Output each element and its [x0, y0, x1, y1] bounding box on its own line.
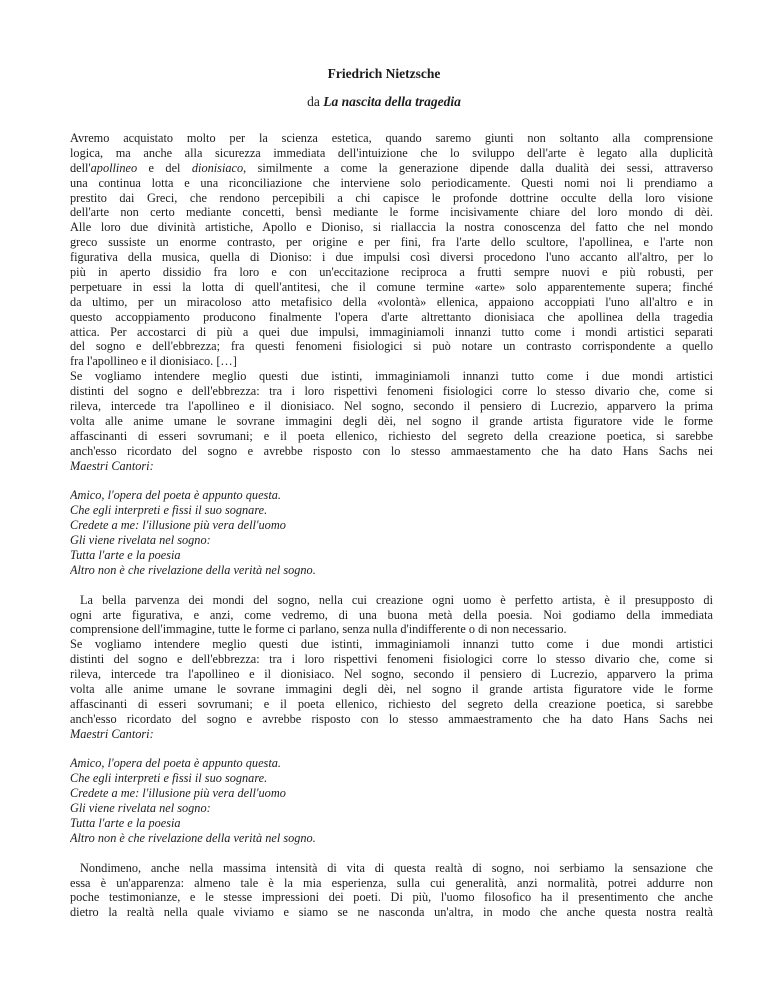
text-line: Maestri Cantori:	[70, 459, 713, 474]
text-line: Altro non è che rivelazione della verità…	[70, 563, 713, 578]
text-segment: perpetuare in essi la lotta di quell'ant…	[70, 280, 713, 294]
text-line: 10dell'arte non certo mediante concetti,…	[70, 205, 713, 220]
text-line: logica, ma anche alla sicurezza immediat…	[70, 146, 713, 161]
text-segment: rileva, intercede tra l'apollineo e il d…	[70, 399, 713, 413]
subtitle-prefix: da	[307, 94, 323, 109]
text-segment: dietro la realtà nella quale viviamo e s…	[70, 905, 713, 919]
text-segment: e del	[137, 161, 192, 175]
italic-text-segment: Altro non è che rivelazione della verità…	[70, 831, 316, 845]
text-line: Che egli interpreti e fissi il suo sogna…	[70, 771, 713, 786]
text-segment: Alle loro due divinità artistiche, Apoll…	[70, 220, 713, 234]
text-segment: La bella parvenza dei mondi del sogno, n…	[80, 593, 713, 607]
text-segment: greco sussiste un enorme contrasto, per …	[70, 235, 713, 249]
text-segment: fra l'apollineo e il dionisiaco. […]	[70, 354, 237, 368]
text-line: affascinanti di esseri sovrumani; e il p…	[70, 697, 713, 712]
text-line: volta alle anime umane le sovrane immagi…	[70, 682, 713, 697]
text-segment: Se vogliamo intendere meglio questi due …	[70, 369, 713, 383]
italic-text-segment: Amico, l'opera del poeta è appunto quest…	[70, 488, 281, 502]
blank-line: 35	[70, 578, 713, 593]
text-segment: affascinanti di esseri sovrumani; e il p…	[70, 429, 713, 443]
italic-text-segment: Che egli interpreti e fissi il suo sogna…	[70, 771, 267, 785]
text-segment: volta alle anime umane le sovrane immagi…	[70, 682, 713, 696]
italic-text-segment: Tutta l'arte e la poesia	[70, 548, 181, 562]
text-segment: essa è un'apparenza: almeno tale è la mi…	[70, 876, 713, 890]
italic-text-segment: apollineo	[91, 161, 137, 175]
text-segment: distinti del sogno e dell'ebbrezza: tra …	[70, 384, 713, 398]
text-line: rileva, intercede tra l'apollineo e il d…	[70, 399, 713, 414]
italic-text-segment: Amico, l'opera del poeta è appunto quest…	[70, 756, 281, 770]
text-line: Alle loro due divinità artistiche, Apoll…	[70, 220, 713, 235]
italic-text-segment: Maestri Cantori:	[70, 459, 154, 473]
text-segment: dell'arte non certo mediante concetti, b…	[70, 205, 713, 219]
subtitle-work-title: La nascita della tragedia	[323, 94, 461, 109]
blank-line	[70, 742, 713, 757]
text-segment: anch'esso ricordato del sogno e avrebbe …	[70, 712, 713, 726]
text-line: distinti del sogno e dell'ebbrezza: tra …	[70, 384, 713, 399]
text-line: rileva, intercede tra l'apollineo e il d…	[70, 667, 713, 682]
text-line: Amico, l'opera del poeta è appunto quest…	[70, 756, 713, 771]
text-line: prestito dai Greci, che rendono percepib…	[70, 191, 713, 206]
text-line: 45Maestri Cantori:	[70, 727, 713, 742]
text-line: del sogno e dell'ebbrezza; fra questi fe…	[70, 339, 713, 354]
text-line: Gli viene rivelata nel sogno:	[70, 533, 713, 548]
text-segment: ogni arte figurativa, e anzi, come vedre…	[70, 608, 713, 622]
text-segment: affascinanti di esseri sovrumani; e il p…	[70, 697, 713, 711]
text-line: ogni arte figurativa, e anzi, come vedre…	[70, 608, 713, 623]
text-segment: Se vogliamo intendere meglio questi due …	[70, 637, 713, 651]
text-line: da ultimo, per un miracoloso atto metafi…	[70, 295, 713, 310]
document-subtitle: da La nascita della tragedia	[0, 94, 768, 110]
text-line: 30Che egli interpreti e fissi il suo sog…	[70, 503, 713, 518]
text-line: anch'esso ricordato del sogno e avrebbe …	[70, 444, 713, 459]
text-line: Credete a me: l'illusione più vera dell'…	[70, 786, 713, 801]
text-segment: più in aperto dissidio fra loro e con un…	[70, 265, 713, 279]
text-segment: Nondimeno, anche nella massima intensità…	[80, 861, 713, 875]
text-segment: rileva, intercede tra l'apollineo e il d…	[70, 667, 713, 681]
text-segment: distinti del sogno e dell'ebbrezza: tra …	[70, 652, 713, 666]
text-line: 25affascinanti di esseri sovrumani; e il…	[70, 429, 713, 444]
text-line: volta alle anime umane le sovrane immagi…	[70, 414, 713, 429]
text-segment: da ultimo, per un miracoloso atto metafi…	[70, 295, 713, 309]
text-line: più in aperto dissidio fra loro e con un…	[70, 265, 713, 280]
blank-line	[70, 473, 713, 488]
italic-text-segment: Gli viene rivelata nel sogno:	[70, 801, 211, 815]
text-segment: anch'esso ricordato del sogno e avrebbe …	[70, 444, 713, 458]
text-line: anch'esso ricordato del sogno e avrebbe …	[70, 712, 713, 727]
text-line: 20fra l'apollineo e il dionisiaco. […]	[70, 354, 713, 369]
italic-text-segment: Che egli interpreti e fissi il suo sogna…	[70, 503, 267, 517]
text-line: La bella parvenza dei mondi del sogno, n…	[70, 593, 713, 608]
text-line: greco sussiste un enorme contrasto, per …	[70, 235, 713, 250]
text-line: Tutta l'arte e la poesia	[70, 816, 713, 831]
italic-text-segment: Credete a me: l'illusione più vera dell'…	[70, 518, 286, 532]
document-body: 5Avremo acquistato molto per la scienza …	[70, 131, 713, 920]
text-segment: una continua lotta e una riconciliazione…	[70, 176, 713, 190]
text-segment: volta alle anime umane le sovrane immagi…	[70, 414, 713, 428]
text-segment: logica, ma anche alla sicurezza immediat…	[70, 146, 713, 160]
italic-text-segment: Credete a me: l'illusione più vera dell'…	[70, 786, 286, 800]
text-line: 15perpetuare in essi la lotta di quell'a…	[70, 280, 713, 295]
text-line: 55essa è un'apparenza: almeno tale è la …	[70, 876, 713, 891]
text-line: poche testimonianze, e le stesse impress…	[70, 890, 713, 905]
text-segment: attica. Per accostarci di più a quei due…	[70, 325, 713, 339]
document-title: Friedrich Nietzsche	[0, 66, 768, 82]
text-segment: dell'	[70, 161, 91, 175]
text-line: Tutta l'arte e la poesia	[70, 548, 713, 563]
text-segment: comprensione dell'immagine, tutte le for…	[70, 622, 567, 636]
italic-text-segment: Gli viene rivelata nel sogno:	[70, 533, 211, 547]
text-line: attica. Per accostarci di più a quei due…	[70, 325, 713, 340]
text-line: una continua lotta e una riconciliazione…	[70, 176, 713, 191]
text-line: comprensione dell'immagine, tutte le for…	[70, 622, 713, 637]
italic-text-segment: Tutta l'arte e la poesia	[70, 816, 181, 830]
text-segment: questo accoppiamento producono finalment…	[70, 310, 713, 324]
text-line: 50Gli viene rivelata nel sogno:	[70, 801, 713, 816]
text-line: Amico, l'opera del poeta è appunto quest…	[70, 488, 713, 503]
text-segment: Avremo acquistato molto per la scienza e…	[70, 131, 713, 145]
text-line: 40distinti del sogno e dell'ebbrezza: tr…	[70, 652, 713, 667]
text-line: Credete a me: l'illusione più vera dell'…	[70, 518, 713, 533]
blank-line	[70, 846, 713, 861]
document-page: Friedrich Nietzsche da La nascita della …	[0, 0, 768, 994]
text-line: figurativa della musica, quella di Dioni…	[70, 250, 713, 265]
italic-text-segment: Altro non è che rivelazione della verità…	[70, 563, 316, 577]
text-segment: , similmente a come la generazione dipen…	[243, 161, 713, 175]
text-line: Altro non è che rivelazione della verità…	[70, 831, 713, 846]
text-line: Se vogliamo intendere meglio questi due …	[70, 369, 713, 384]
text-line: dell'apollineo e del dionisiaco, similme…	[70, 161, 713, 176]
text-line: Nondimeno, anche nella massima intensità…	[70, 861, 713, 876]
text-segment: poche testimonianze, e le stesse impress…	[70, 890, 713, 904]
text-segment: figurativa della musica, quella di Dioni…	[70, 250, 713, 264]
text-line: 5Avremo acquistato molto per la scienza …	[70, 131, 713, 146]
text-line: questo accoppiamento producono finalment…	[70, 310, 713, 325]
text-segment: prestito dai Greci, che rendono percepib…	[70, 191, 713, 205]
text-line: dietro la realtà nella quale viviamo e s…	[70, 905, 713, 920]
italic-text-segment: dionisiaco	[192, 161, 243, 175]
italic-text-segment: Maestri Cantori:	[70, 727, 154, 741]
text-line: Se vogliamo intendere meglio questi due …	[70, 637, 713, 652]
text-segment: del sogno e dell'ebbrezza; fra questi fe…	[70, 339, 713, 353]
